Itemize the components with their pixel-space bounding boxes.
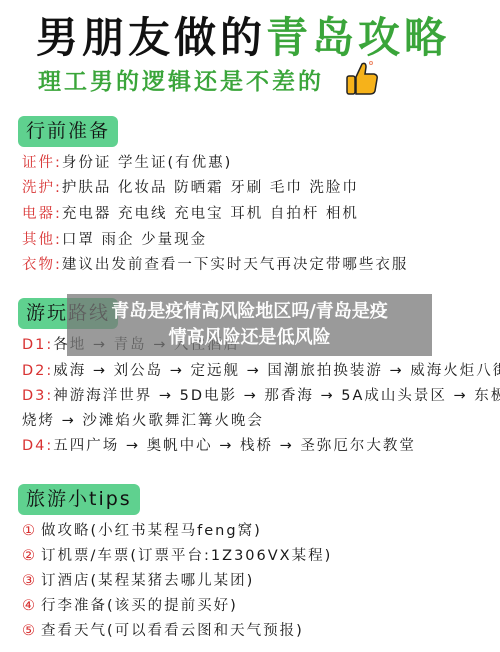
title-black: 男朋友做的 xyxy=(36,13,266,62)
tip-item: ⑤查看天气(可以看看云图和天气预报) xyxy=(22,621,304,641)
route-item: D2:威海 → 刘公岛 → 定远舰 → 国潮旅拍换装游 → 威海火炬八街 xyxy=(22,361,500,381)
tips-section-tag: 旅游小tips xyxy=(18,484,140,515)
prep-item: 证件:身份证 学生证(有优惠) xyxy=(22,153,232,173)
prep-item: 洗护:护肤品 化妆品 防晒霜 牙刷 毛巾 洗脸巾 xyxy=(22,178,359,198)
route-item: D4:五四广场 → 奥帆中心 → 栈桥 → 圣弥厄尔大教堂 xyxy=(22,436,416,456)
tip-item: ①做攻略(小红书某程马feng窝) xyxy=(22,521,262,541)
route-item: 烧烤 → 沙滩焰火歌舞汇篝火晚会 xyxy=(22,411,264,431)
prep-item: 电器:充电器 充电线 充电宝 耳机 自拍杆 相机 xyxy=(22,204,359,224)
route-item: D3:神游海洋世界 → 5D电影 → 那香海 → 5A成山头景区 → 东极地淄博 xyxy=(22,386,500,406)
prep-item: 其他:口罩 雨企 少量现金 xyxy=(22,230,207,250)
overlay-line-1: 青岛是疫情高风险地区吗/青岛是疫 xyxy=(67,299,432,325)
title-green: 青岛攻略 xyxy=(266,13,450,62)
tip-item: ②订机票/车票(订票平台:1Z306VX某程) xyxy=(22,546,332,566)
title-overlay-banner: 青岛是疫情高风险地区吗/青岛是疫 情高风险还是低风险 xyxy=(67,294,432,356)
thumbs-up-icon xyxy=(345,60,379,96)
tip-item: ③订酒店(某程某猪去哪儿某团) xyxy=(22,571,254,591)
prep-item: 衣物:建议出发前查看一下实时天气再决定带哪些衣服 xyxy=(22,255,408,275)
tip-item: ④行李准备(该买的提前买好) xyxy=(22,596,238,616)
poster-title: 男朋友做的青岛攻略 xyxy=(36,10,450,66)
overlay-line-2: 情高风险还是低风险 xyxy=(67,325,432,351)
prep-section-tag: 行前准备 xyxy=(18,116,118,147)
poster-subtitle: 理工男的逻辑还是不差的 xyxy=(38,66,324,98)
